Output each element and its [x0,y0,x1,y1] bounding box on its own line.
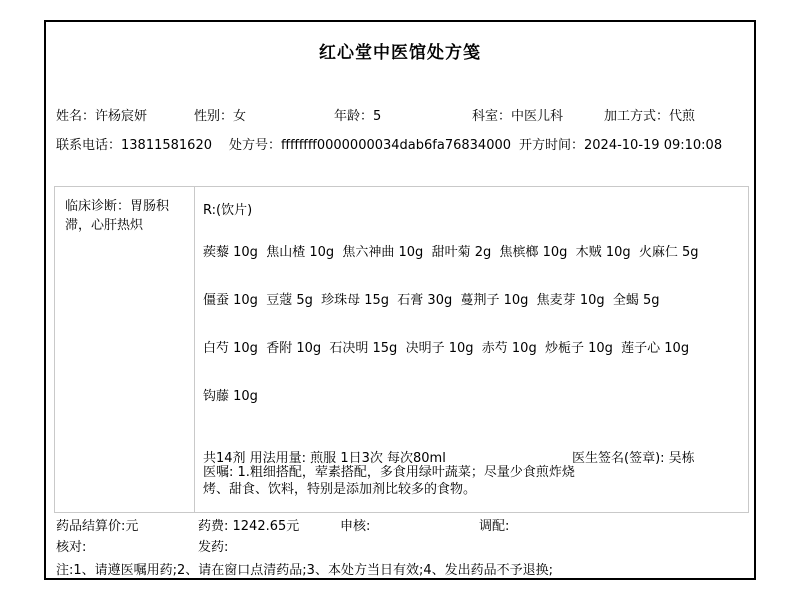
issue-time-value: 2024-10-19 09:10:08 [584,138,722,153]
herb-line: 钩藤 10g [203,390,744,404]
prescription-document: 红心堂中医馆处方笺 姓名：许杨宸妍 性别：女 年龄：5 科室：中医儿科 加工方式… [44,20,756,580]
check-label: 核对: [56,540,86,555]
phone-field: 联系电话：13811581620 [56,138,212,153]
clinical-diagnosis: 临床诊断：胃肠积滞，心肝热炽 [65,197,175,235]
patient-name-label: 姓名： [56,109,95,124]
rx-header: R:(饮片) [203,199,252,218]
patient-gender-label: 性别： [194,109,233,124]
medicine-fee-label: 药费: [198,519,233,534]
settlement-price-field: 药品结算价:元 [56,519,138,534]
settlement-price-label: 药品结算价: [56,519,125,534]
processing-method-label: 加工方式： [604,109,669,124]
processing-method-field: 加工方式：代煎 [604,109,695,124]
doctor-signature: 医生签名(签章): 吴栋 [572,447,695,466]
review-field: 申核: [340,519,370,534]
dispense-prep-field: 调配: [479,519,509,534]
prescription-number-value: ffffffff0000000034dab6fa76834000 [281,138,511,153]
prescription-page: 红心堂中医馆处方笺 姓名：许杨宸妍 性别：女 年龄：5 科室：中医儿科 加工方式… [0,0,800,600]
footer-note: 注:1、请遵医嘱用药;2、请在窗口点清药品;3、本处方当日有效;4、发出药品不予… [56,559,553,578]
dispense-prep-label: 调配: [479,519,509,534]
patient-age-label: 年龄： [334,109,373,124]
phone-label: 联系电话： [56,138,121,153]
rx-panel: R:(饮片) 蒺藜 10g 焦山楂 10g 焦六神曲 10g 甜叶菊 2g 焦槟… [195,187,748,512]
diagnosis-label: 临床诊断： [65,199,130,214]
herb-line: 白芍 10g 香附 10g 石决明 15g 决明子 10g 赤芍 10g 炒栀子… [203,342,744,356]
diagnosis-panel: 临床诊断：胃肠积滞，心肝热炽 [55,187,195,512]
issue-time-field: 开方时间：2024-10-19 09:10:08 [519,138,722,153]
processing-method-value: 代煎 [669,109,695,124]
doctor-advice: 医嘱: 1.粗细搭配，荤素搭配，多食用绿叶蔬菜；尽量少食煎炸烧烤、甜食、饮料，特… [203,464,589,498]
department-value: 中医儿科 [511,109,563,124]
doctor-signature-value: 吴栋 [669,451,695,466]
prescription-number-label: 处方号： [229,138,281,153]
phone-value: 13811581620 [121,138,212,153]
medicine-fee-value: 1242.65元 [233,519,300,534]
patient-gender-field: 性别：女 [194,109,246,124]
department-label: 科室： [472,109,511,124]
department-field: 科室：中医儿科 [472,109,563,124]
patient-name-field: 姓名：许杨宸妍 [56,109,147,124]
patient-gender-value: 女 [233,109,246,124]
issue-time-label: 开方时间： [519,138,584,153]
prescription-number-field: 处方号：ffffffff0000000034dab6fa76834000 [229,138,511,153]
patient-age-field: 年龄：5 [334,109,381,124]
dispense-field: 发药: [198,540,228,555]
document-title: 红心堂中医馆处方笺 [46,38,754,63]
review-label: 申核: [340,519,370,534]
medicine-fee-field: 药费: 1242.65元 [198,519,299,534]
herb-lines: 蒺藜 10g 焦山楂 10g 焦六神曲 10g 甜叶菊 2g 焦槟榔 10g 木… [203,246,744,438]
prescription-body: 临床诊断：胃肠积滞，心肝热炽 R:(饮片) 蒺藜 10g 焦山楂 10g 焦六神… [54,186,749,513]
patient-age-value: 5 [373,109,381,124]
check-field: 核对: [56,540,86,555]
herb-line: 蒺藜 10g 焦山楂 10g 焦六神曲 10g 甜叶菊 2g 焦槟榔 10g 木… [203,246,744,260]
settlement-price-value: 元 [125,519,138,534]
herb-line: 僵蚕 10g 豆蔻 5g 珍珠母 15g 石膏 30g 蔓荆子 10g 焦麦芽 … [203,294,744,308]
dispense-label: 发药: [198,540,228,555]
patient-name-value: 许杨宸妍 [95,109,147,124]
